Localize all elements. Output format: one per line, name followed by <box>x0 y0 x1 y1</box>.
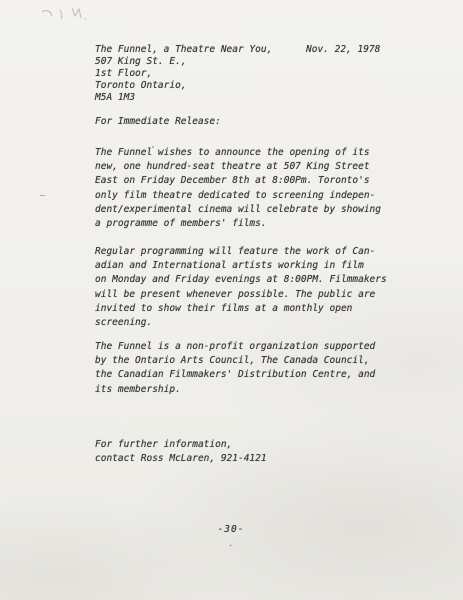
end-mark-dot: . <box>95 538 367 550</box>
release-line: For Immediate Release: <box>95 116 221 128</box>
press-release-page: The Funnel, a Theatre Near You, 507 King… <box>0 0 463 600</box>
address-line: The Funnel, a Theatre Near You, <box>95 44 272 56</box>
contact-info: For further information, contact Ross Mc… <box>95 438 267 466</box>
end-mark: -30- <box>95 524 367 536</box>
paragraph-programming: Regular programming will feature the wor… <box>95 245 387 330</box>
address-line: Toronto Ontario, <box>95 80 272 92</box>
scan-speck <box>40 195 45 196</box>
date: Nov. 22, 1978 <box>306 44 380 56</box>
address-line: 1st Floor, <box>95 68 272 80</box>
address-line: 507 King St. E., <box>95 56 272 68</box>
paragraph-announcement: The Funnel wishes to announce the openin… <box>95 146 381 231</box>
sender-address: The Funnel, a Theatre Near You, 507 King… <box>95 44 272 104</box>
pencil-scribble <box>38 4 118 34</box>
address-line: M5A 1M3 <box>95 92 272 104</box>
paragraph-funding: The Funnel is a non-profit organization … <box>95 340 375 397</box>
